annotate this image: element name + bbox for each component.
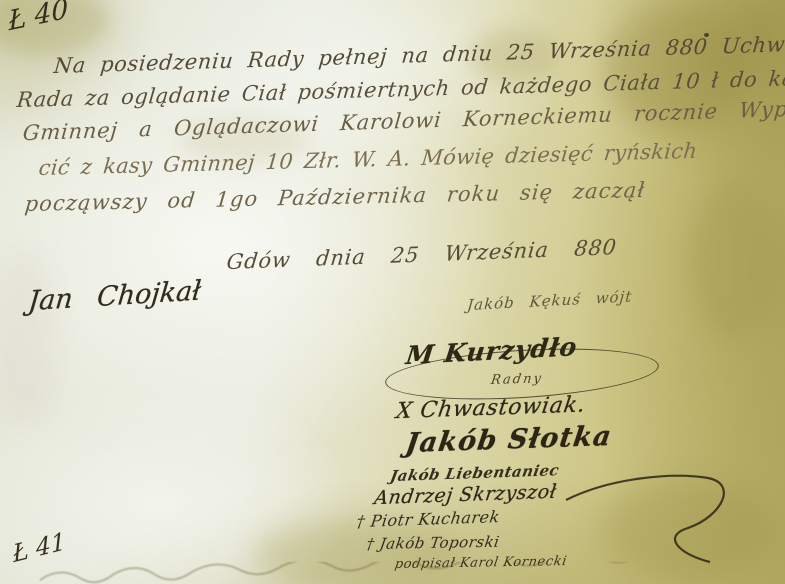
signature-row: X Chwastowiak. xyxy=(394,392,587,424)
signature-row: † Jakób Toporski xyxy=(365,533,501,553)
paper-stain xyxy=(690,180,780,340)
paper-stain xyxy=(0,250,60,420)
faint-next-entry-strokes xyxy=(30,562,750,584)
dateline: Gdów dnia 25 Września 880 xyxy=(226,235,618,274)
signature-row: † Piotr Kucharek xyxy=(355,507,501,531)
body-line-5: począwszy od 1go Października roku się z… xyxy=(24,178,647,216)
body-line-4: cić z kasy Gminnej 10 Złr. W. A. Mówię d… xyxy=(38,139,699,180)
signature-wojt: Jakób Kękuś wójt xyxy=(466,287,633,314)
signature-row: Andrzej Skrzyszoł xyxy=(373,481,558,509)
entry-number-top: Ł 40 xyxy=(8,0,69,37)
signature-radny-title: Radny xyxy=(490,371,544,388)
scanned-register-page: Ł 40 Na posiedzeniu Rady pełnej na dniu … xyxy=(0,0,785,584)
signature-row: Jakób Słotka xyxy=(404,421,615,459)
signature-jan: Jan Chojkał xyxy=(27,275,202,317)
signature-flourish xyxy=(560,470,745,565)
